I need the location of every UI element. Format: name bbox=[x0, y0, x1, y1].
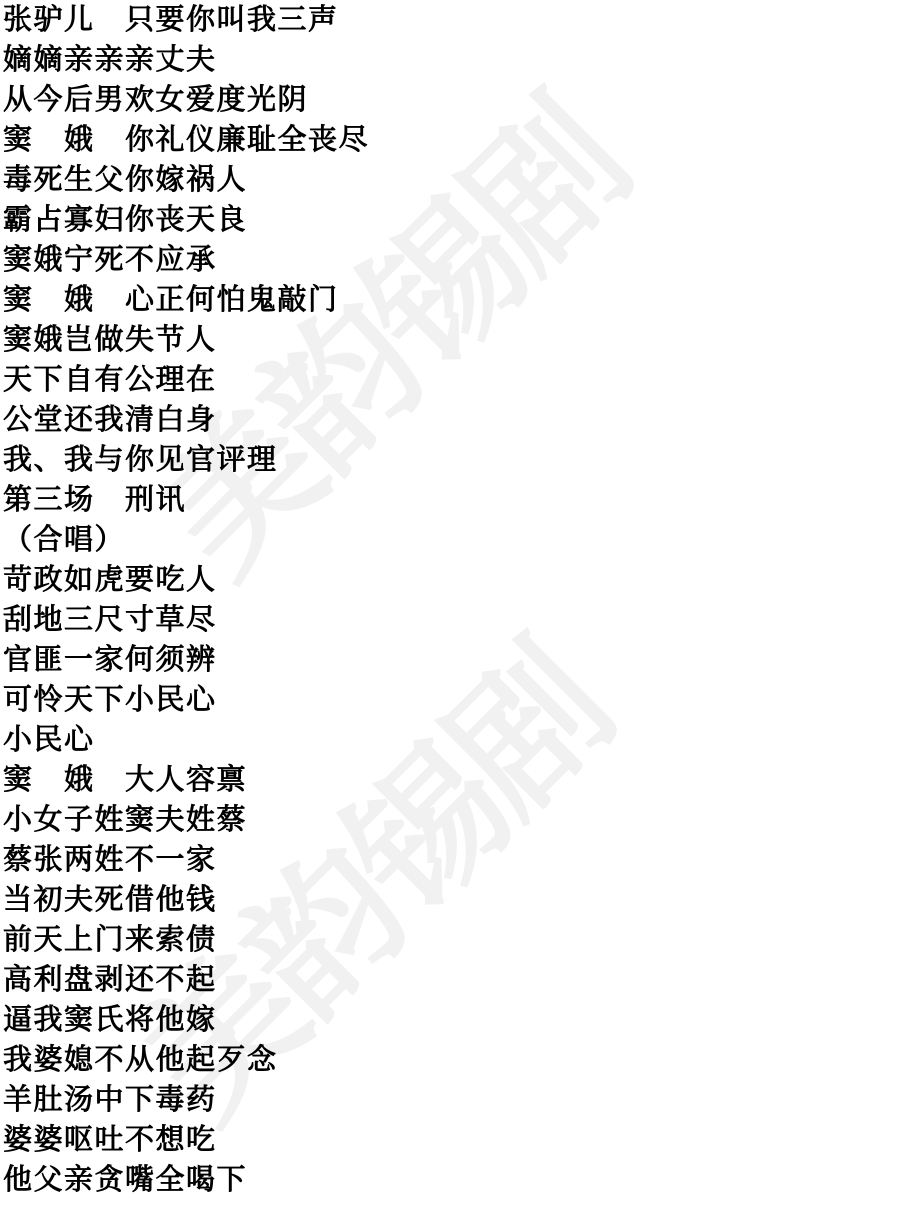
script-line: 我婆媳不从他起歹念 bbox=[3, 1040, 369, 1080]
script-line: 窦 娥 你礼仪廉耻全丧尽 bbox=[3, 120, 369, 160]
script-line: 蔡张两姓不一家 bbox=[3, 840, 369, 880]
script-line: 窦 娥 心正何怕鬼敲门 bbox=[3, 280, 369, 320]
script-line: 苛政如虎要吃人 bbox=[3, 560, 369, 600]
script-line: 羊肚汤中下毒药 bbox=[3, 1080, 369, 1120]
script-line: 前天上门来索债 bbox=[3, 920, 369, 960]
script-line: 窦 娥 大人容禀 bbox=[3, 760, 369, 800]
script-lines: 张驴儿 只要你叫我三声 嫡嫡亲亲亲丈夫 从今后男欢女爱度光阴 窦 娥 你礼仪廉耻… bbox=[3, 0, 369, 1200]
script-line: 小民心 bbox=[3, 720, 369, 760]
script-line: 窦娥宁死不应承 bbox=[3, 240, 369, 280]
script-line: 霸占寡妇你丧天良 bbox=[3, 200, 369, 240]
script-line: 我、我与你见官评理 bbox=[3, 440, 369, 480]
script-line: 逼我窦氏将他嫁 bbox=[3, 1000, 369, 1040]
script-line: 从今后男欢女爱度光阴 bbox=[3, 80, 369, 120]
script-line: 毒死生父你嫁祸人 bbox=[3, 160, 369, 200]
script-line: 婆婆呕吐不想吃 bbox=[3, 1120, 369, 1160]
script-line: 张驴儿 只要你叫我三声 bbox=[3, 0, 369, 40]
script-line: 窦娥岂做失节人 bbox=[3, 320, 369, 360]
script-line: 第三场 刑讯 bbox=[3, 480, 369, 520]
script-line: 天下自有公理在 bbox=[3, 360, 369, 400]
script-line: 小女子姓窦夫姓蔡 bbox=[3, 800, 369, 840]
script-page: 美韵锡剧 美韵锡剧 张驴儿 只要你叫我三声 嫡嫡亲亲亲丈夫 从今后男欢女爱度光阴… bbox=[0, 0, 900, 1205]
script-line: 当初夫死借他钱 bbox=[3, 880, 369, 920]
script-line: 嫡嫡亲亲亲丈夫 bbox=[3, 40, 369, 80]
script-line: 公堂还我清白身 bbox=[3, 400, 369, 440]
script-line: 官匪一家何须辨 bbox=[3, 640, 369, 680]
script-line: （合唱） bbox=[3, 520, 369, 560]
script-line: 高利盘剥还不起 bbox=[3, 960, 369, 1000]
script-line: 可怜天下小民心 bbox=[3, 680, 369, 720]
script-line: 他父亲贪嘴全喝下 bbox=[3, 1160, 369, 1200]
script-line: 刮地三尺寸草尽 bbox=[3, 600, 369, 640]
